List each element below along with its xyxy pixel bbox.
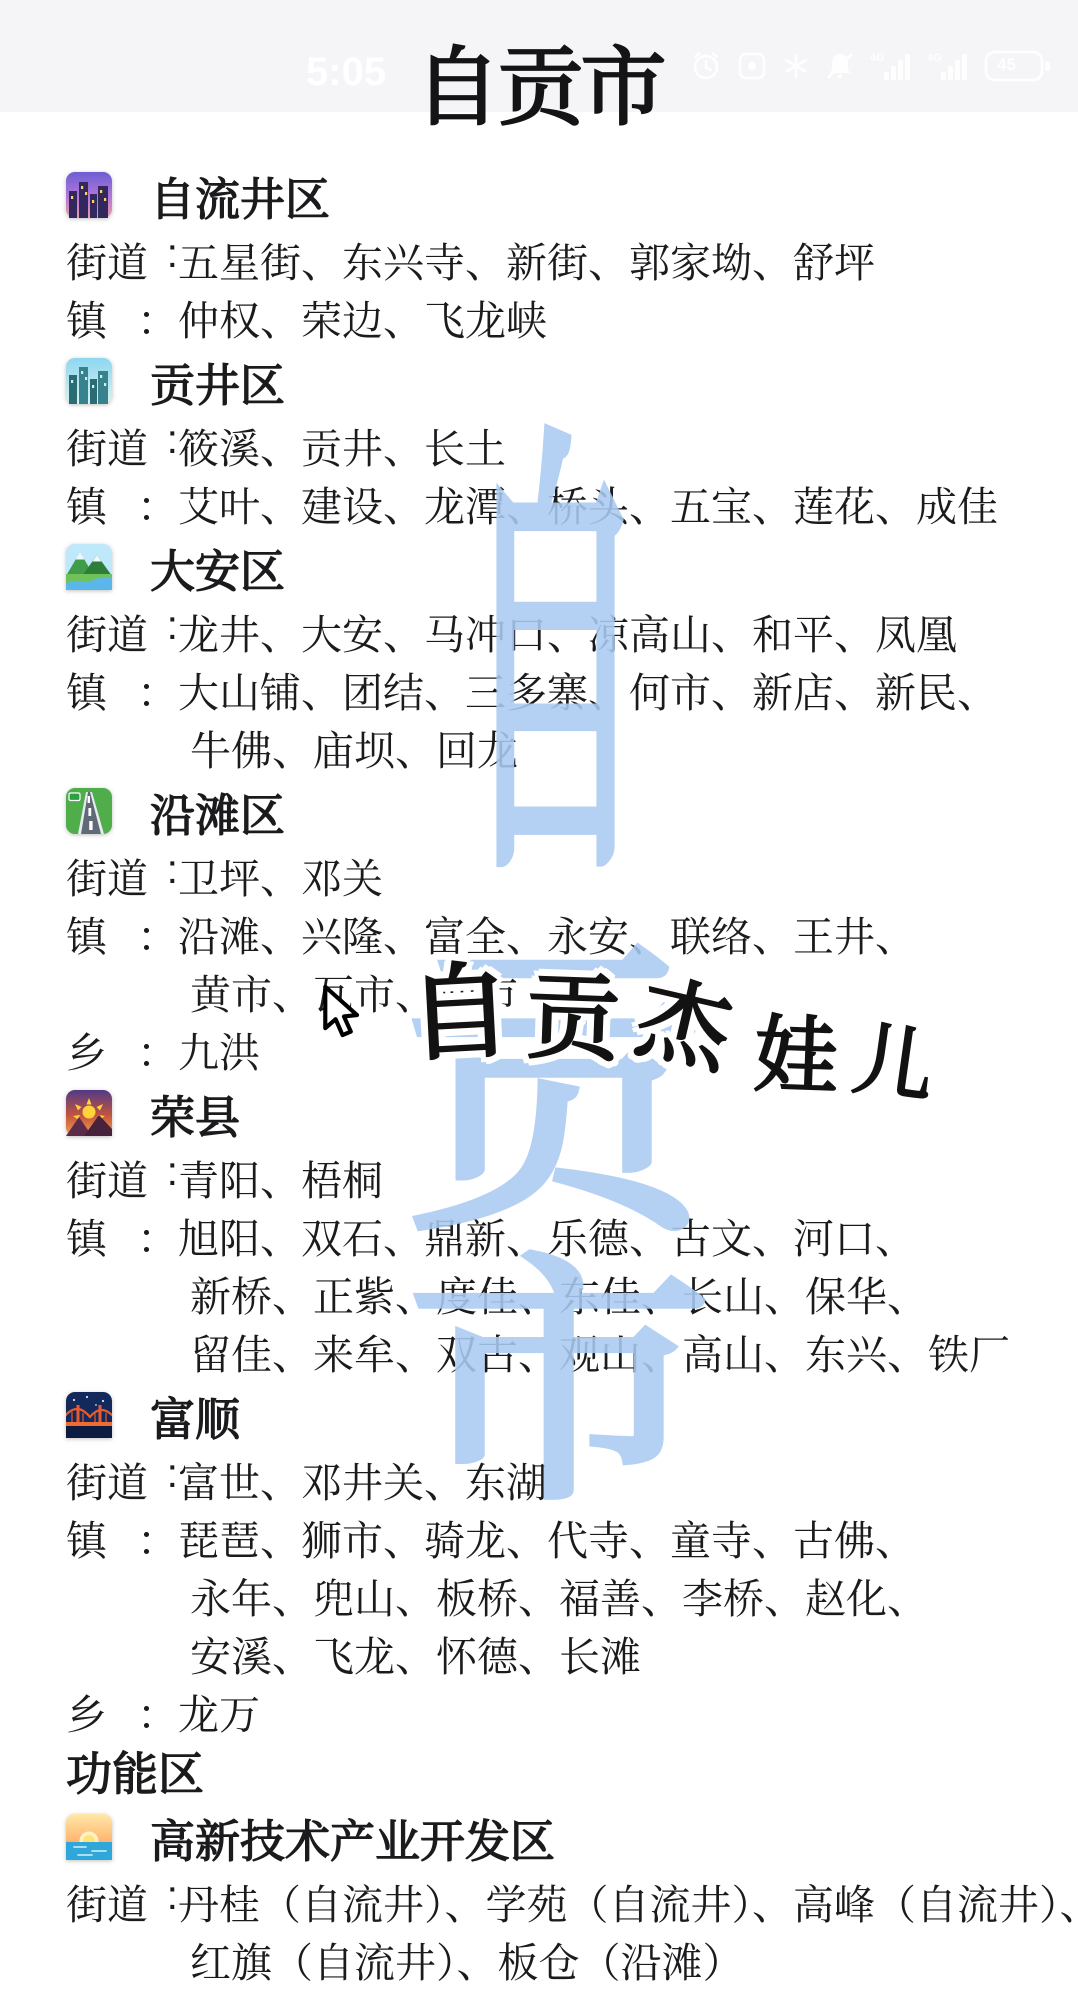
- row-label-text: 街道: [66, 602, 148, 661]
- sunrise-mountains-icon: [66, 1090, 112, 1136]
- snowflake-icon: [782, 52, 810, 80]
- section-title: 贡井区: [150, 349, 285, 414]
- row-label: 街道:: [66, 416, 178, 475]
- division-row: 街道:富世、邓井关、东湖: [66, 1450, 1066, 1508]
- division-row: 安溪、飞龙、怀德、长滩: [66, 1624, 1066, 1682]
- svg-text:4G: 4G: [927, 52, 942, 64]
- division-row: 镇：艾叶、建设、龙潭、桥头、五宝、莲花、成佳: [66, 474, 1066, 532]
- clock-icon: [690, 50, 722, 82]
- section-header: 高新技术产业开发区: [66, 1802, 1066, 1872]
- division-row: 街道:丹桂（自流井）、学苑（自流井）、高峰（自流井）、: [66, 1872, 1066, 1930]
- row-label: 乡：: [66, 1020, 178, 1079]
- row-label-text: 街道: [66, 416, 148, 475]
- cityscape-day-icon: [66, 358, 112, 404]
- screen-record-icon: [737, 51, 767, 81]
- mouse-cursor-icon: [320, 984, 372, 1047]
- row-text: 艾叶、建设、龙潭、桥头、五宝、莲花、成佳: [178, 474, 998, 533]
- row-label-colon: ：: [137, 1020, 178, 1079]
- row-text: 卫坪、邓关: [178, 846, 383, 905]
- division-row: 永年、兜山、板桥、福善、李桥、赵化、: [66, 1566, 1066, 1624]
- row-text: 丹桂（自流井）、学苑（自流井）、高峰（自流井）、: [178, 1872, 1078, 1931]
- section-title: 大安区: [150, 535, 285, 600]
- row-text: 九洪: [178, 1020, 260, 1079]
- division-row: 街道:五星街、东兴寺、新街、郭家坳、舒坪: [66, 230, 1066, 288]
- row-text: 牛佛、庙坝、回龙: [178, 718, 518, 777]
- handwriting-char: 儿: [849, 1019, 939, 1109]
- row-text: 永年、兜山、板桥、福善、李桥、赵化、: [178, 1566, 928, 1625]
- division-row: 乡：龙万: [66, 1682, 1066, 1740]
- division-row: 镇：仲权、荣边、飞龙峡: [66, 288, 1066, 346]
- division-row: 街道:筱溪、贡井、长土: [66, 416, 1066, 474]
- row-text: 红旗（自流井）、板仓（沿滩）: [178, 1930, 744, 1989]
- row-label: 镇：: [66, 288, 178, 347]
- row-label: 镇：: [66, 474, 178, 533]
- row-label-text: 街道: [66, 230, 148, 289]
- row-label-colon: :: [167, 1148, 178, 1207]
- row-label: 镇：: [66, 904, 178, 963]
- division-row: 街道:青阳、梧桐: [66, 1148, 1066, 1206]
- row-text: 五星街、东兴寺、新街、郭家坳、舒坪: [178, 230, 875, 289]
- section-title: 富顺: [150, 1383, 240, 1448]
- row-label-text: 乡: [66, 1682, 107, 1741]
- section-title: 荣县: [150, 1081, 240, 1146]
- row-text: 筱溪、贡井、长土: [178, 416, 506, 475]
- row-label-colon: ：: [137, 904, 178, 963]
- battery-icon: 45: [984, 48, 1052, 84]
- handwriting-overlay: 自 贡 杰 娃 儿: [408, 962, 934, 1066]
- handwriting-char: 自: [405, 959, 514, 1068]
- status-icons: 4G 4G 45: [690, 48, 1052, 84]
- row-label: 街道:: [66, 602, 178, 661]
- section-header: 贡井区: [66, 346, 1066, 416]
- page: 5:05 4G 4G 45 自贡市 自流井区街道:五星街、东兴寺、新街、郭家坳、…: [0, 0, 1078, 2016]
- row-label-colon: ：: [137, 660, 178, 719]
- group-heading: 功能区: [66, 1740, 1066, 1802]
- row-label: 街道:: [66, 1450, 178, 1509]
- division-row: 街道:龙井、大安、马冲口、凉高山、和平、凤凰: [66, 602, 1066, 660]
- division-row: 镇：琵琶、狮市、骑龙、代寺、童寺、古佛、: [66, 1508, 1066, 1566]
- row-label-colon: :: [167, 602, 178, 661]
- row-label-text: 镇: [66, 1206, 107, 1265]
- row-label-colon: :: [167, 1872, 178, 1931]
- row-text: 安溪、飞龙、怀德、长滩: [178, 1624, 641, 1683]
- row-label: 镇：: [66, 1508, 178, 1567]
- division-row: 街道:卫坪、邓关: [66, 846, 1066, 904]
- section-title: 沿滩区: [150, 779, 285, 844]
- row-text: 富世、邓井关、东湖: [178, 1450, 547, 1509]
- row-label-colon: ：: [137, 1508, 178, 1567]
- row-label-text: 镇: [66, 474, 107, 533]
- row-label-colon: ：: [137, 1206, 178, 1265]
- division-row: 留佳、来牟、双古、观山、高山、东兴、铁厂: [66, 1322, 1066, 1380]
- row-text: 新桥、正紫、度佳、东佳、长山、保华、: [178, 1264, 928, 1323]
- row-text: 旭阳、双石、鼎新、乐德、古文、河口、: [178, 1206, 916, 1265]
- motorway-icon: [66, 788, 112, 834]
- section-header: 富顺: [66, 1380, 1066, 1450]
- division-row: 新桥、正紫、度佳、东佳、长山、保华、: [66, 1264, 1066, 1322]
- division-row: 镇：大山铺、团结、三多寨、何市、新店、新民、: [66, 660, 1066, 718]
- battery-percent: 45: [997, 55, 1016, 75]
- handwriting-char: 娃: [753, 1013, 840, 1100]
- row-label-text: 街道: [66, 846, 148, 905]
- handwriting-char: 贡: [524, 970, 621, 1067]
- row-label-colon: ：: [137, 1682, 178, 1741]
- row-label-text: 乡: [66, 1020, 107, 1079]
- row-label-text: 镇: [66, 1508, 107, 1567]
- row-text: 大山铺、团结、三多寨、何市、新店、新民、: [178, 660, 998, 719]
- signal-4g-b-icon: 4G: [927, 50, 969, 82]
- row-label-colon: :: [167, 1450, 178, 1509]
- row-label-text: 镇: [66, 904, 107, 963]
- row-label-text: 街道: [66, 1450, 148, 1509]
- division-row: 镇：沿滩、兴隆、富全、永安、联络、王井、: [66, 904, 1066, 962]
- row-text: 龙万: [178, 1682, 260, 1741]
- row-text: 沿滩、兴隆、富全、永安、联络、王井、: [178, 904, 916, 963]
- division-row: 镇：旭阳、双石、鼎新、乐德、古文、河口、: [66, 1206, 1066, 1264]
- cityscape-dusk-icon: [66, 172, 112, 218]
- row-label-text: 街道: [66, 1872, 148, 1931]
- section-title: 自流井区: [150, 163, 330, 228]
- section-header: 大安区: [66, 532, 1066, 602]
- row-label: 镇：: [66, 1206, 178, 1265]
- section-title: 高新技术产业开发区: [150, 1805, 555, 1870]
- row-label: 街道:: [66, 230, 178, 289]
- svg-text:4G: 4G: [870, 52, 885, 64]
- row-label-colon: :: [167, 846, 178, 905]
- section-header: 沿滩区: [66, 776, 1066, 846]
- row-label: 街道:: [66, 1148, 178, 1207]
- row-label-text: 街道: [66, 1148, 148, 1207]
- row-text: 青阳、梧桐: [178, 1148, 383, 1207]
- bridge-night-icon: [66, 1392, 112, 1438]
- section-header: 自流井区: [66, 160, 1066, 230]
- row-label-colon: :: [167, 230, 178, 289]
- row-label-colon: ：: [137, 288, 178, 347]
- bell-off-icon: [825, 51, 855, 81]
- row-label-colon: ：: [137, 474, 178, 533]
- row-label-text: 镇: [66, 660, 107, 719]
- handwriting-char: 杰: [629, 971, 739, 1081]
- row-label: 乡：: [66, 1682, 178, 1741]
- status-time: 5:05: [306, 50, 386, 95]
- row-text: 仲权、荣边、飞龙峡: [178, 288, 547, 347]
- row-label-colon: :: [167, 416, 178, 475]
- division-row: 红旗（自流井）、板仓（沿滩）: [66, 1930, 1066, 1988]
- division-row: 牛佛、庙坝、回龙: [66, 718, 1066, 776]
- row-text: 琵琶、狮市、骑龙、代寺、童寺、古佛、: [178, 1508, 916, 1567]
- row-label: 街道:: [66, 846, 178, 905]
- row-text: 龙井、大安、马冲口、凉高山、和平、凤凰: [178, 602, 957, 661]
- row-label: 镇：: [66, 660, 178, 719]
- row-text: 留佳、来牟、双古、观山、高山、东兴、铁厂: [178, 1322, 1010, 1381]
- signal-4g-a-icon: 4G: [870, 50, 912, 82]
- sunrise-icon: [66, 1814, 112, 1860]
- row-label-text: 镇: [66, 288, 107, 347]
- row-label: 街道:: [66, 1872, 178, 1931]
- national-park-icon: [66, 544, 112, 590]
